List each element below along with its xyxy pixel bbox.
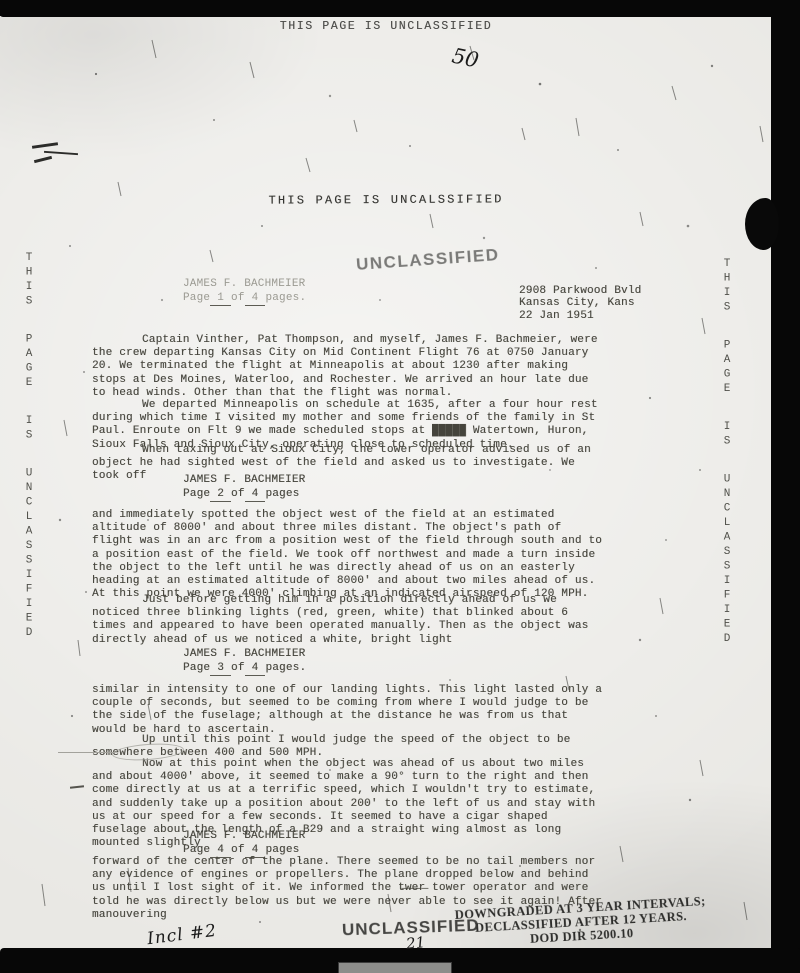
edge-scribble [30,140,82,168]
right-margin-classification: THIS PAGE IS UNCLASSIFIED [720,258,734,648]
scan-edge-right [771,0,800,973]
paragraph: similar in intensity to one of our landi… [92,684,606,737]
address-line: 2908 Parkwood Bvld [519,285,641,297]
scan-ink-blob [745,198,779,250]
scanned-document-page: THIS PAGE IS UNCLASSIFIED THIS PAGE IS U… [0,0,800,973]
author-name: JAMES F. BACHMEIER [183,648,306,661]
sender-address: 2908 Parkwood Bvld Kansas City, Kans 22 … [519,285,641,322]
paragraph: Captain Vinther, Pat Thompson, and mysel… [92,334,606,400]
top-banner: THIS PAGE IS UNCLASSIFIED [0,20,772,33]
section-header-4: JAMES F. BACHMEIER Page4of4pages [183,830,305,858]
next-page-notch [338,962,452,973]
section-header-1: JAMES F. BACHMEIER Page1of4pages. [183,278,306,306]
author-name: JAMES F. BACHMEIER [183,474,305,487]
handwritten-page-number: 21 [405,933,426,953]
handwritten-mark: 50 [450,43,481,72]
paragraph: When taxing out at Sioux City, the tower… [92,444,606,484]
address-line: Kansas City, Kans [519,297,641,309]
left-margin-classification: THIS PAGE IS UNCLASSIFIED [22,252,36,642]
page-line: Page1of4pages. [183,292,306,306]
page-line: Page3of4pages. [183,662,306,676]
section-header-2: JAMES F. BACHMEIER Page2of4pages [183,474,305,502]
paragraph: and immediately spotted the object west … [92,509,606,601]
date-line: 22 Jan 1951 [519,310,641,322]
author-name: JAMES F. BACHMEIER [183,278,306,291]
scan-edge-top [0,0,800,17]
author-name: JAMES F. BACHMEIER [183,830,305,843]
page-line: Page2of4pages [183,488,305,502]
paragraph: Now at this point when the object was ah… [92,758,606,850]
pencil-line-annotation [58,752,114,753]
paragraph: Just before getting him in a position di… [92,594,606,647]
section-header-3: JAMES F. BACHMEIER Page3of4pages. [183,648,306,676]
